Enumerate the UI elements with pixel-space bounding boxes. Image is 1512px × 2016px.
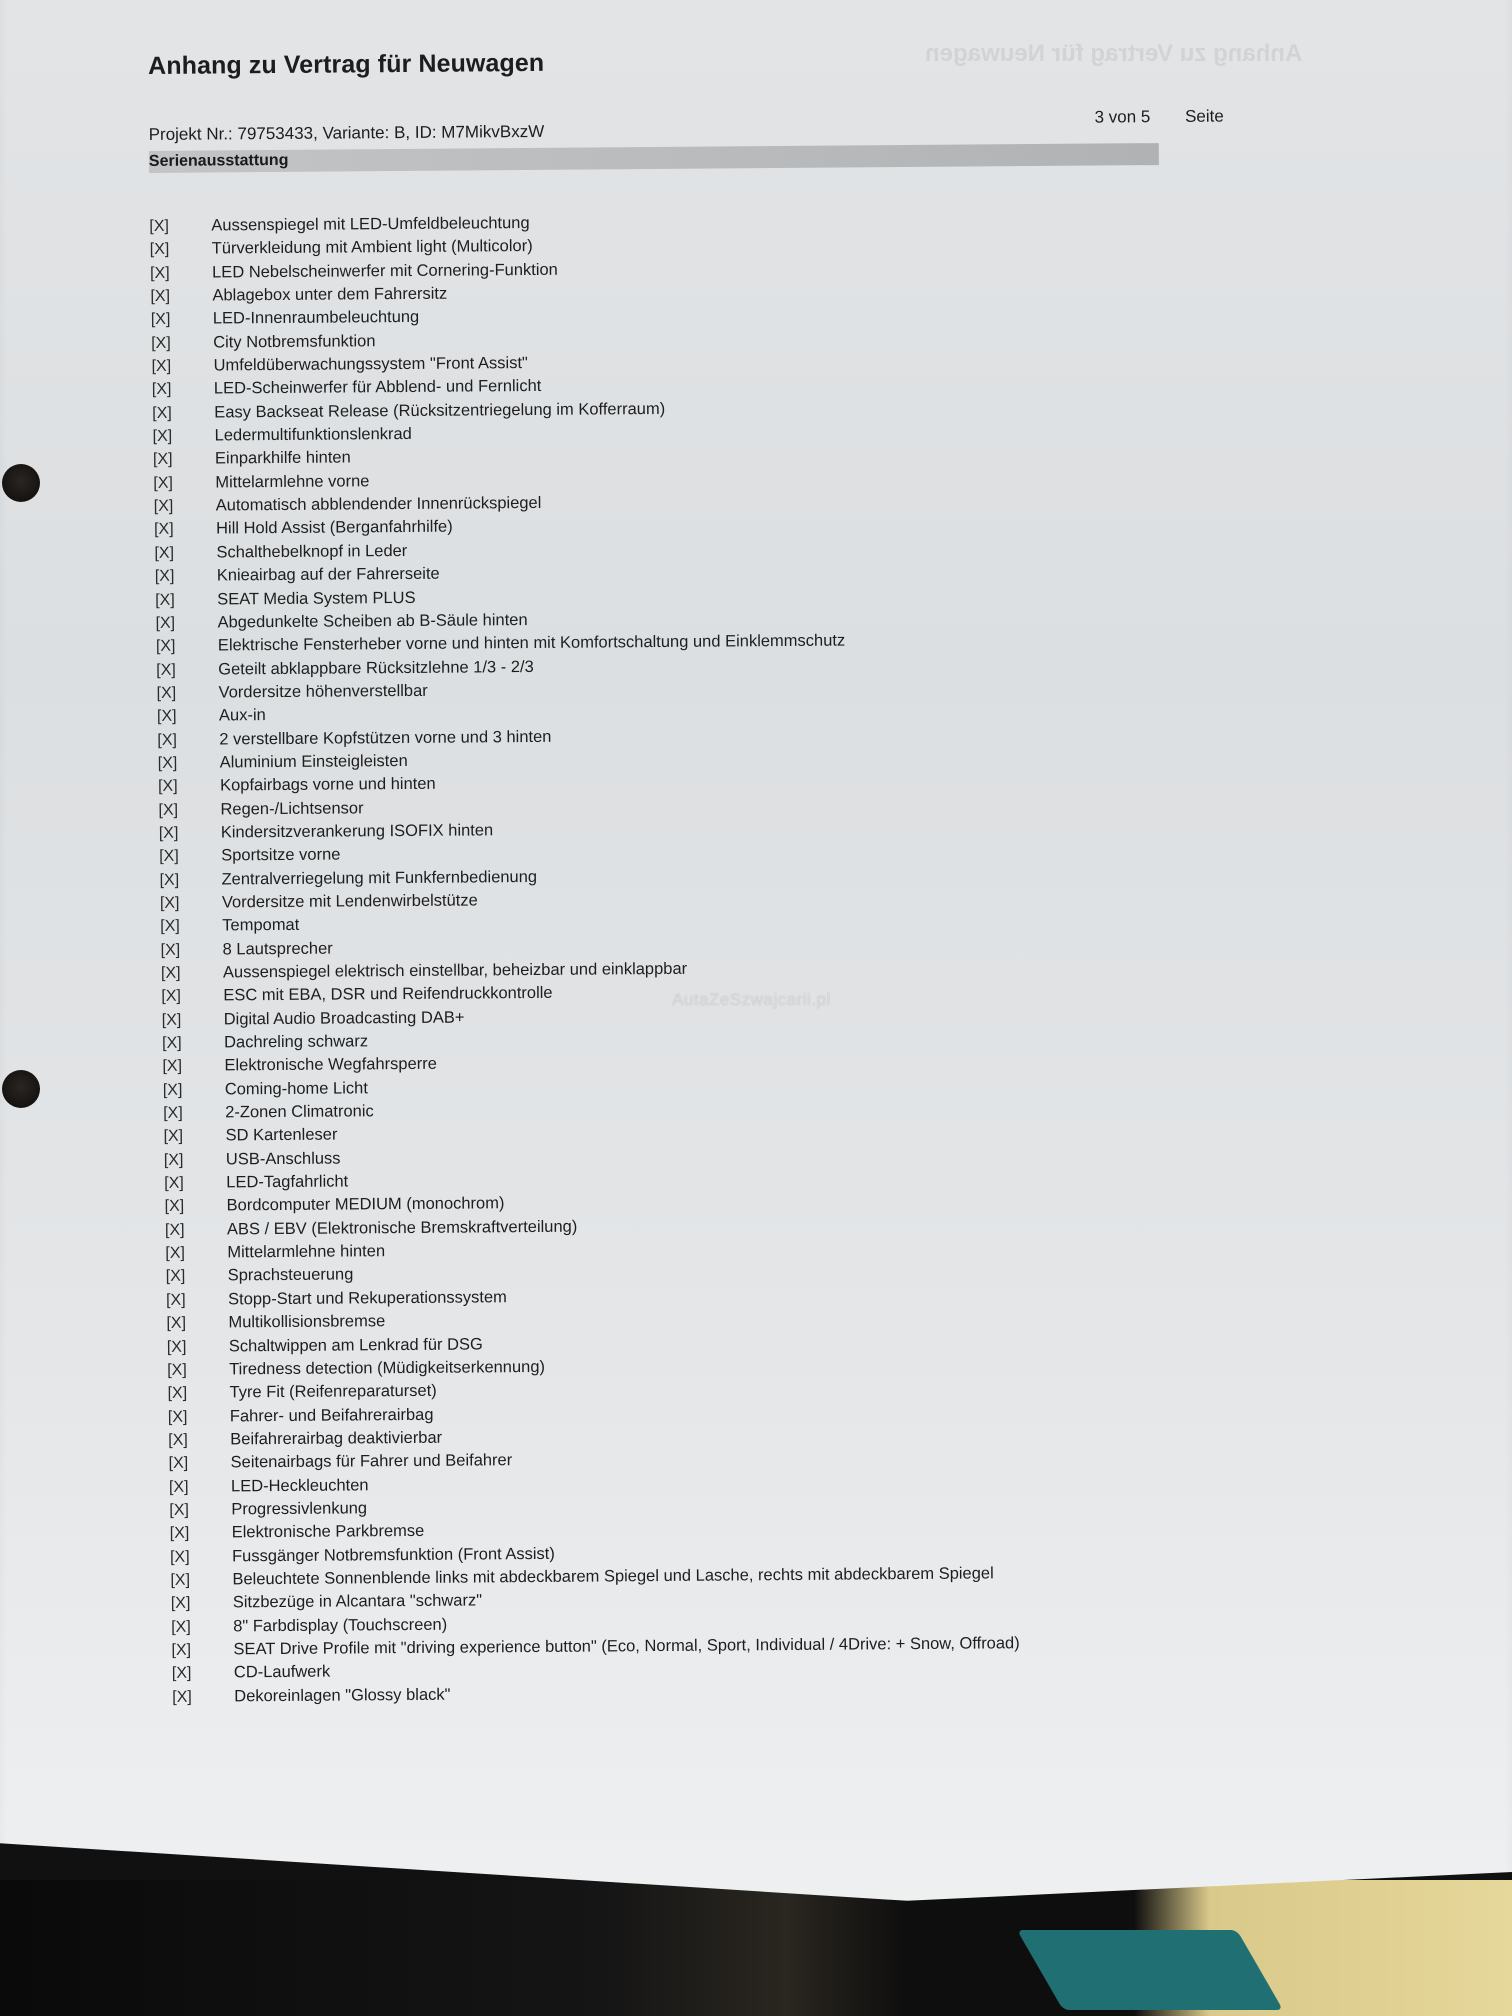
feature-label: Stopp-Start und Rekuperationssystem — [228, 1288, 507, 1309]
checked-mark: [X] — [149, 218, 211, 236]
checked-mark: [X] — [153, 451, 215, 469]
feature-label: Dekoreinlagen "Glossy black" — [234, 1685, 450, 1706]
checked-mark: [X] — [152, 404, 214, 422]
watermark: AutaZeSzwajcarii.pl — [672, 990, 831, 1010]
feature-label: Elektronische Parkbremse — [232, 1522, 425, 1543]
feature-label: SEAT Media System PLUS — [217, 588, 416, 609]
feature-label: Sprachsteuerung — [228, 1266, 354, 1286]
checked-mark: [X] — [151, 334, 213, 352]
feature-label: Coming-home Licht — [225, 1079, 368, 1099]
checked-mark: [X] — [170, 1571, 232, 1589]
checked-mark: [X] — [165, 1198, 227, 1216]
punch-hole — [2, 1070, 40, 1108]
document-content: Anhang zu Vertrag für Neuwagen Projekt N… — [148, 44, 1241, 1711]
feature-label: 8 Lautsprecher — [223, 939, 333, 959]
checked-mark: [X] — [167, 1338, 229, 1356]
checked-mark: [X] — [162, 1058, 224, 1076]
feature-label: ESC mit EBA, DSR und Reifendruckkontroll… — [223, 984, 552, 1006]
feature-label: Tempomat — [222, 916, 299, 936]
feature-label: Aux-in — [219, 706, 266, 725]
feature-label: Sportsitze vorne — [221, 846, 340, 866]
feature-label: USB-Anschluss — [226, 1149, 341, 1169]
checked-mark: [X] — [162, 1011, 224, 1029]
checked-mark: [X] — [172, 1688, 234, 1706]
feature-label: Aussenspiegel elektrisch einstellbar, be… — [223, 960, 687, 983]
document-meta: Projekt Nr.: 79753433, Variante: B, ID: … — [148, 107, 1228, 141]
feature-label: 2 verstellbare Kopfstützen vorne und 3 h… — [219, 727, 551, 749]
checked-mark: [X] — [158, 778, 220, 796]
checked-mark: [X] — [172, 1665, 234, 1683]
feature-label: Fussgänger Notbremsfunktion (Front Assis… — [232, 1544, 555, 1566]
feature-label: City Notbremsfunktion — [213, 332, 375, 352]
feature-label: Beifahrerairbag deaktivierbar — [230, 1429, 442, 1450]
section-title: Serienausstattung — [149, 152, 289, 171]
feature-label: Tyre Fit (Reifenreparaturset) — [229, 1382, 436, 1403]
checked-mark: [X] — [159, 871, 221, 889]
checked-mark: [X] — [165, 1245, 227, 1263]
checked-mark: [X] — [154, 544, 216, 562]
feature-label: Umfeldüberwachungssystem "Front Assist" — [213, 354, 527, 375]
feature-label: Vordersitze mit Lendenwirbelstütze — [222, 891, 478, 912]
feature-label: CD-Laufwerk — [234, 1663, 330, 1683]
checked-mark: [X] — [156, 661, 218, 679]
feature-label: Automatisch abblendender Innenrückspiege… — [216, 494, 542, 516]
checked-mark: [X] — [159, 824, 221, 842]
checked-mark: [X] — [150, 288, 212, 306]
punch-hole — [2, 464, 40, 502]
checked-mark: [X] — [166, 1315, 228, 1333]
feature-label: Progressivlenkung — [231, 1499, 367, 1519]
page-label: Seite — [1185, 107, 1224, 126]
checked-mark: [X] — [150, 241, 212, 259]
page-count: 3 von 5 — [1094, 107, 1150, 126]
checked-mark: [X] — [158, 754, 220, 772]
checked-mark: [X] — [163, 1104, 225, 1122]
checked-mark: [X] — [167, 1385, 229, 1403]
page-indicator: 3 von 5 Seite — [1094, 107, 1223, 128]
checked-mark: [X] — [165, 1221, 227, 1239]
feature-label: Ledermultifunktionslenkrad — [215, 425, 412, 446]
feature-label: Elektrische Fensterheber vorne und hinte… — [218, 632, 845, 656]
feature-label: SD Kartenleser — [225, 1126, 337, 1146]
checked-mark: [X] — [151, 311, 213, 329]
checked-mark: [X] — [161, 964, 223, 982]
checked-mark: [X] — [166, 1291, 228, 1309]
background-surface — [0, 1880, 1512, 2016]
feature-label: Ablagebox unter dem Fahrersitz — [212, 285, 447, 306]
feature-label: Digital Audio Broadcasting DAB+ — [224, 1008, 465, 1029]
feature-label: ABS / EBV (Elektronische Bremskraftverte… — [227, 1217, 577, 1239]
project-info: Projekt Nr.: 79753433, Variante: B, ID: … — [149, 122, 545, 145]
checked-mark: [X] — [153, 474, 215, 492]
feature-label: LED-Tagfahrlicht — [226, 1173, 348, 1193]
feature-label: Aluminium Einsteigleisten — [220, 752, 408, 772]
checked-mark: [X] — [158, 801, 220, 819]
background-object — [1017, 1930, 1283, 2010]
checked-mark: [X] — [170, 1548, 232, 1566]
feature-label: Sitzbezüge in Alcantara "schwarz" — [233, 1592, 482, 1613]
checked-mark: [X] — [155, 614, 217, 632]
checked-mark: [X] — [170, 1525, 232, 1543]
feature-label: Mittelarmlehne hinten — [227, 1242, 385, 1262]
checked-mark: [X] — [161, 988, 223, 1006]
checked-mark: [X] — [156, 638, 218, 656]
checked-mark: [X] — [171, 1618, 233, 1636]
checked-mark: [X] — [166, 1268, 228, 1286]
checked-mark: [X] — [154, 498, 216, 516]
feature-label: Seitenairbags für Fahrer und Beifahrer — [231, 1451, 513, 1472]
section-header: Serienausstattung — [149, 143, 1159, 173]
feature-label: 8" Farbdisplay (Touchscreen) — [233, 1615, 447, 1636]
checked-mark: [X] — [163, 1081, 225, 1099]
checked-mark: [X] — [169, 1501, 231, 1519]
checked-mark: [X] — [154, 521, 216, 539]
checked-mark: [X] — [161, 941, 223, 959]
feature-label: Geteilt abklappbare Rücksitzlehne 1/3 - … — [218, 658, 534, 679]
feature-label: Schalthebelknopf in Leder — [216, 542, 407, 562]
checked-mark: [X] — [153, 428, 215, 446]
feature-label: Aussenspiegel mit LED-Umfeldbeleuchtung — [211, 214, 529, 235]
feature-label: Vordersitze höhenverstellbar — [219, 682, 428, 703]
checked-mark: [X] — [155, 568, 217, 586]
checked-mark: [X] — [152, 381, 214, 399]
feature-label: LED-Heckleuchten — [231, 1476, 369, 1496]
checked-mark: [X] — [160, 894, 222, 912]
checked-mark: [X] — [168, 1431, 230, 1449]
feature-label: 2-Zonen Climatronic — [225, 1102, 374, 1122]
checked-mark: [X] — [168, 1408, 230, 1426]
checked-mark: [X] — [151, 358, 213, 376]
checked-mark: [X] — [171, 1641, 233, 1659]
feature-label: LED-Innenraumbeleuchtung — [213, 308, 420, 329]
checked-mark: [X] — [162, 1034, 224, 1052]
checked-mark: [X] — [157, 684, 219, 702]
checked-mark: [X] — [167, 1361, 229, 1379]
feature-label: Tiredness detection (Müdigkeitserkennung… — [229, 1358, 545, 1379]
checked-mark: [X] — [160, 918, 222, 936]
feature-label: Mittelarmlehne vorne — [215, 472, 369, 492]
feature-label: Elektronische Wegfahrsperre — [224, 1055, 437, 1076]
feature-label: LED Nebelscheinwerfer mit Cornering-Funk… — [212, 260, 558, 282]
checked-mark: [X] — [150, 264, 212, 282]
feature-label: Hill Hold Assist (Berganfahrhilfe) — [216, 518, 453, 539]
checked-mark: [X] — [157, 708, 219, 726]
feature-label: Zentralverriegelung mit Funkfernbedienun… — [221, 868, 537, 889]
feature-label: Regen-/Lichtsensor — [220, 799, 363, 819]
checked-mark: [X] — [159, 848, 221, 866]
feature-label: Einparkhilfe hinten — [215, 449, 351, 469]
feature-label: Türverkleidung mit Ambient light (Multic… — [212, 237, 533, 259]
feature-label: Abgedunkelte Scheiben ab B-Säule hinten — [217, 611, 527, 632]
checked-mark: [X] — [155, 591, 217, 609]
checked-mark: [X] — [164, 1175, 226, 1193]
feature-list: [X]Aussenspiegel mit LED-Umfeldbeleuchtu… — [149, 209, 1241, 1711]
checked-mark: [X] — [164, 1151, 226, 1169]
feature-label: LED-Scheinwerfer für Abblend- und Fernli… — [214, 377, 542, 399]
feature-label: Knieairbag auf der Fahrerseite — [217, 565, 440, 586]
feature-label: Bordcomputer MEDIUM (monochrom) — [227, 1195, 505, 1216]
feature-label: Kindersitzverankerung ISOFIX hinten — [221, 821, 494, 842]
checked-mark: [X] — [169, 1478, 231, 1496]
checked-mark: [X] — [171, 1595, 233, 1613]
checked-mark: [X] — [169, 1455, 231, 1473]
checked-mark: [X] — [157, 731, 219, 749]
feature-label: Dachreling schwarz — [224, 1032, 368, 1052]
feature-label: Easy Backseat Release (Rücksitzentriegel… — [214, 400, 665, 423]
feature-label: Kopfairbags vorne und hinten — [220, 775, 436, 796]
feature-label: Fahrer- und Beifahrerairbag — [230, 1405, 434, 1426]
feature-label: Schaltwippen am Lenkrad für DSG — [229, 1335, 483, 1356]
feature-label: Multikollisionsbremse — [228, 1312, 385, 1332]
checked-mark: [X] — [163, 1128, 225, 1146]
